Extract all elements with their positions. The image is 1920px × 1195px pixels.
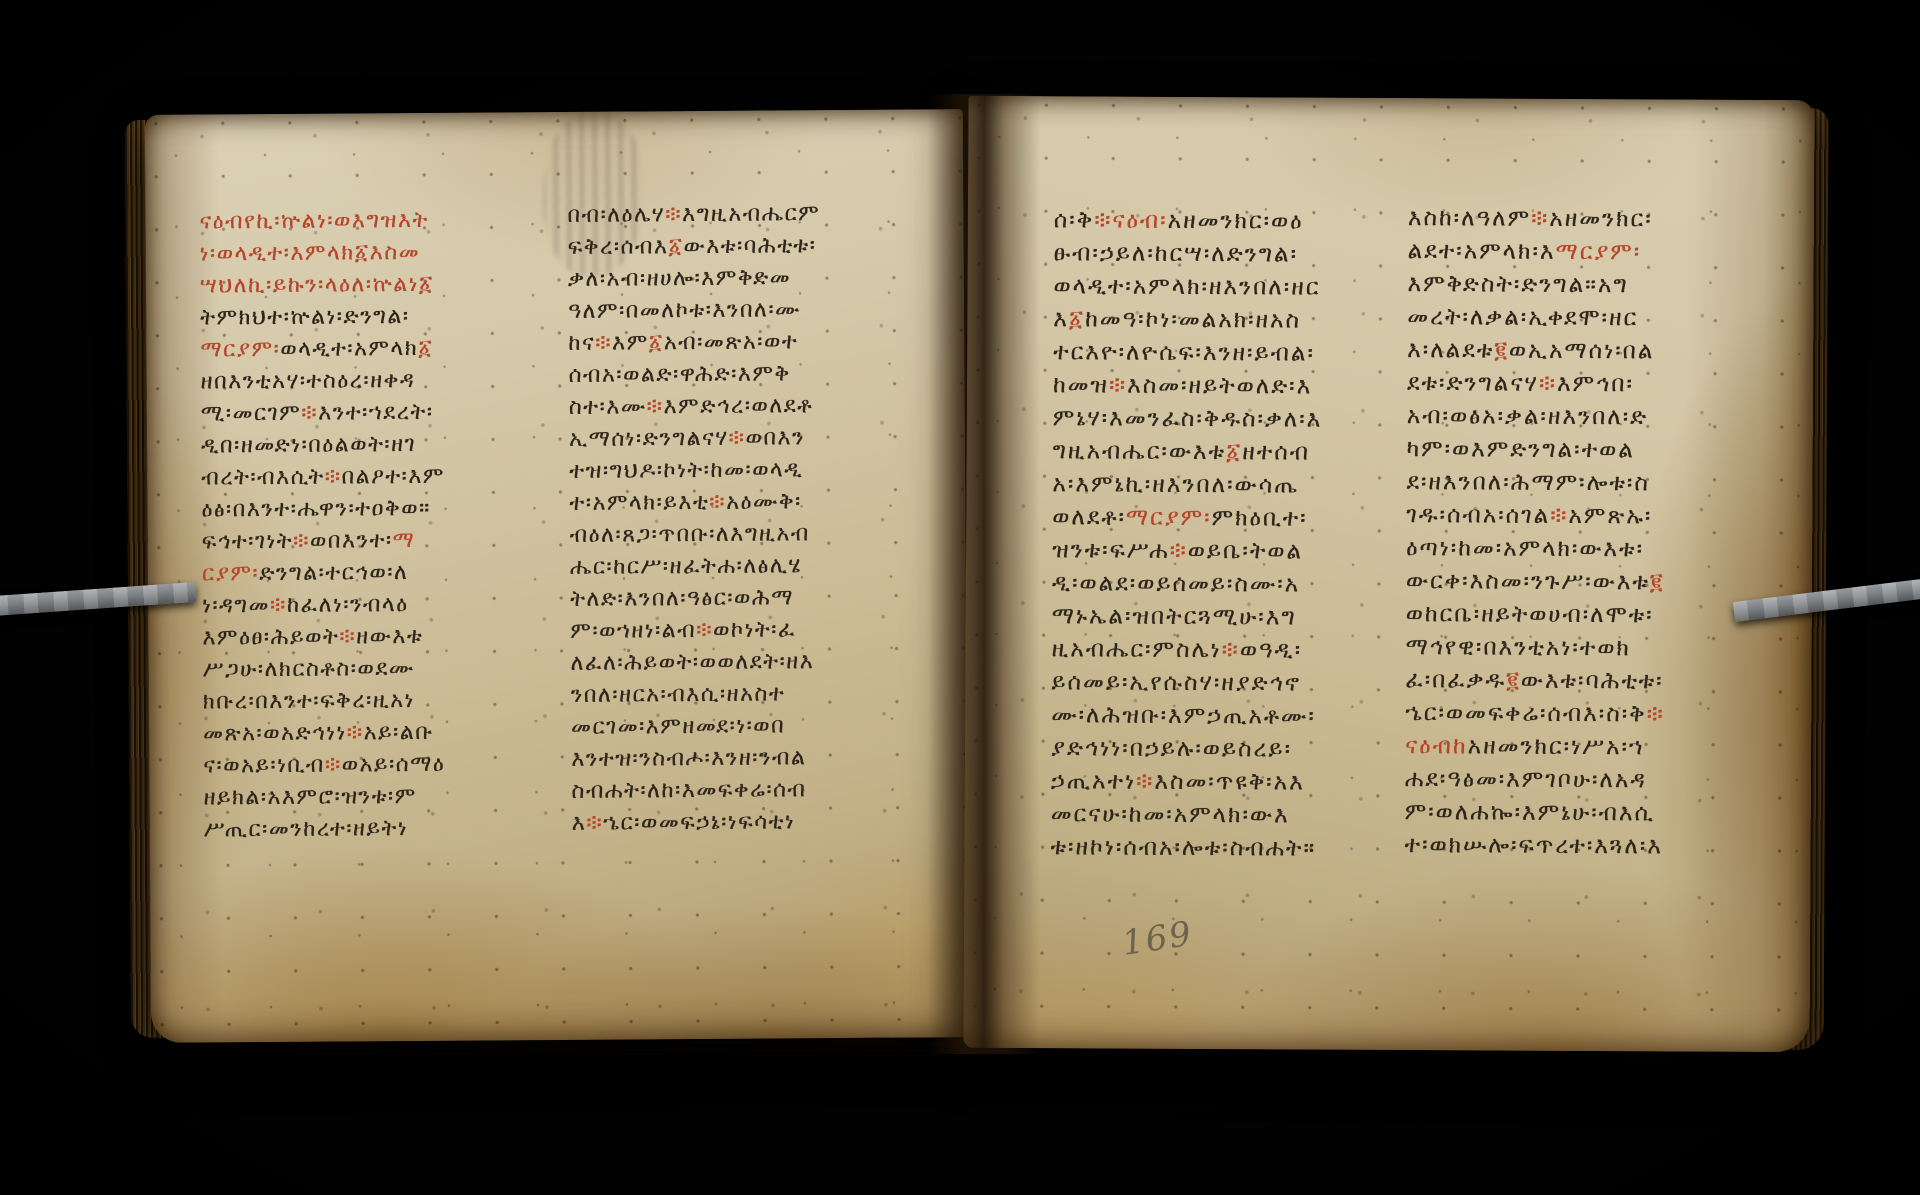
text-line: አ፡እምኔኪ፡ዘእንበለ፡ውሳጤ xyxy=(1052,468,1410,503)
text-line: ስተ፡እሙ፨እምድኅረ፡ወለደቶ xyxy=(569,390,825,424)
black-ink-text: ፍቅረ፡ሰብእ xyxy=(568,234,669,260)
text-line: ብረት፡ብእሲት፨በልዖተ፡እም xyxy=(201,461,469,495)
text-line: ይሰመይ፡ኢየሱስሃ፡ዘያድኅኖ xyxy=(1051,666,1409,701)
black-ink-text: ም፡ወኀዘነ፡ልብ xyxy=(570,618,696,644)
black-ink-text: ወላዲተ፡አምላክ፡ዘእንበለ፡ዘር xyxy=(1053,273,1320,300)
black-ink-text: እምዕፀ፡ሕይወት xyxy=(202,625,339,651)
black-ink-text: ወይቤ፡ትወል xyxy=(1188,538,1303,565)
rubric-red-text: ፨ xyxy=(728,426,745,451)
black-ink-text: መጽአ፡ወአድኅነነ xyxy=(203,720,347,746)
text-line: ማኑኤል፡ዝበትርጓሚሁ፡እግ xyxy=(1052,600,1410,635)
rubric-red-text: ፨ xyxy=(1136,769,1154,795)
black-ink-text: አዕሙቅ፡ xyxy=(726,489,802,515)
black-ink-text: ኃጢአተነ xyxy=(1051,768,1136,794)
black-ink-text: ሰ፡ቅ xyxy=(1054,207,1095,233)
rubric-red-text: ፨ xyxy=(270,593,287,618)
black-ink-text: ከመዓ፡ኮነ፡መልአክ፡ዘአስ xyxy=(1085,306,1301,333)
black-ink-text: በብ፡ለዕሌሃ xyxy=(567,202,665,228)
black-ink-text: እንተዝ፡ንስብሖ፡እንዘ፡ንብል xyxy=(571,745,806,772)
text-line: ግዚአብሔር፡ውእቱ፩ዘተሰብ xyxy=(1053,435,1411,470)
black-ink-text: ወኮነት፡ፈ xyxy=(713,617,796,643)
black-ink-text: ሚ፡መርገም xyxy=(201,401,302,427)
black-ink-text: ሐደ፡ዓፅመ፡እምገቦሁ፡ለአዳ xyxy=(1405,766,1647,793)
text-line: ካም፡ወእምድንግል፡ተወል xyxy=(1407,433,1715,468)
black-ink-text: ገዱ፡ሰብአ፡ሰገል xyxy=(1406,502,1550,529)
black-ink-text: እ xyxy=(1053,306,1069,332)
text-line: እምዕፀ፡ሕይወት፨ዘውእቱ xyxy=(202,621,470,655)
left-page-column-2: በብ፡ለዕሌሃ፨እግዚአብሔርምፍቅረ፡ሰብእ፩ውእቱ፡ባሕቲቱ፡ቃለ፡አብ፡ዘ… xyxy=(567,198,827,840)
text-line: ኄር፡ወመፍቀሬ፡ሰብእ፡ስ፡ቅ፨ xyxy=(1405,697,1713,732)
right-page-column-2: እስከ፡ለዓለም፨አዘመንክር፡ልደተ፡አምላክ፡እማርያም፡እምቅድስት፡ድን… xyxy=(1404,202,1715,864)
black-ink-text: ክቡረ፡በእንተ፡ፍቅረ፡ዚአነ xyxy=(203,688,415,714)
rubric-red-text: ፨ xyxy=(1222,637,1240,663)
text-line: ፍኅተ፡ገነት፨ወበእንተ፡ማ xyxy=(202,525,470,559)
rubric-red-text: ፨ xyxy=(665,202,682,227)
black-ink-text: ድንግል፡ተርኅወ፡ለ xyxy=(259,560,408,586)
black-ink-text: ስብሐት፡ለከ፡እመፍቀሬ፡ሰብ xyxy=(571,777,806,804)
black-ink-text: ስተ፡እሙ xyxy=(569,394,647,420)
text-line: እ፩ከመዓ፡ኮነ፡መልአክ፡ዘአስ xyxy=(1053,303,1411,338)
black-ink-text: ሥጋሁ፡ለክርስቶስ፡ወደሙ xyxy=(203,656,415,682)
black-ink-text: ወአይ፡ሰማዕ xyxy=(342,752,446,778)
pencil-folio-number: 169 xyxy=(1119,914,1195,964)
text-line: ሥጢር፡መንከረተ፡ዘይትነ xyxy=(204,813,472,847)
rubric-red-text: ፨ xyxy=(339,624,356,649)
text-line: ሰ፡ቅ፨ናዕብ፡አዘመንክር፡ወዕ xyxy=(1054,204,1412,239)
text-line: ሰብአ፡ወልድ፡ዋሕድ፡እምቅ xyxy=(568,358,824,392)
black-ink-text: ፁብ፡ኃይለ፡ከርሣ፡ለድንግል፡ xyxy=(1054,240,1299,267)
text-line: ሚ፡መርገም፨እንተ፡ኀደረት፡ xyxy=(201,397,469,431)
text-line: በብ፡ለዕሌሃ፨እግዚአብሔርም xyxy=(567,198,823,232)
rubric-red-text: ፩ xyxy=(649,330,664,355)
black-ink-text: ወከርቤ፡ዘይትወሀብ፡ለሞቱ፡ xyxy=(1406,601,1654,628)
rubric-red-text: ፨ xyxy=(1109,373,1127,399)
black-ink-text: ከፈለነ፡ንብላዕ xyxy=(287,592,409,618)
black-ink-text: ወላዲተ፡አምላክ xyxy=(280,336,418,362)
black-ink-text: ደቱ፡ድንግልናሃ xyxy=(1407,370,1539,397)
rubric-red-text: ፪ xyxy=(1506,668,1521,694)
text-line: መርናሁ፡ከመ፡አምላክ፡ውእ xyxy=(1051,798,1409,833)
rubric-red-text: ነ፡ወላዲተ፡እምላክ፩እስመ xyxy=(200,240,421,267)
black-ink-text: ወበእን xyxy=(745,425,805,450)
black-ink-text: ሰብአ፡ወልድ፡ዋሕድ፡እምቅ xyxy=(569,361,791,388)
text-line: ኢማሰነ፡ድንግልናሃ፨ወበእን xyxy=(569,422,825,456)
rubric-red-text: ፩ xyxy=(418,336,433,361)
black-ink-text: ዚአብሔር፡ምስሌነ xyxy=(1052,636,1222,663)
rubric-red-text: ፨ xyxy=(325,465,342,490)
black-ink-text: ወኢአማሰነ፡በል xyxy=(1509,338,1655,365)
text-line: ዘይክል፡አእምሮ፡ዝንቱ፡ም xyxy=(203,781,471,815)
black-ink-text: መርገመ፡እምዘመደ፡ነ፡ወበ xyxy=(571,713,785,739)
text-line: አብ፡ወፅአ፡ቃል፡ዘእንበለ፡ድ xyxy=(1407,400,1715,435)
rubric-red-text: ፨ xyxy=(1647,701,1665,727)
black-ink-text: ትለድ፡እንበለ፡ዓፅር፡ወሕማ xyxy=(570,585,794,612)
text-line: ማርያም፡ወላዲተ፡አምላክ፩ xyxy=(200,333,468,367)
rubric-red-text: ፨ xyxy=(1531,206,1549,232)
black-ink-text: ተዝ፡ግህዶ፡ኮነት፡ከመ፡ወላዲ xyxy=(569,457,803,484)
text-line: ም፡ወኀዘነ፡ልብ፨ወኮነት፡ፈ xyxy=(570,614,826,648)
text-line: ሣህለኪ፡ይኩን፡ላዕለ፡ኵልነ፩ xyxy=(200,269,468,303)
rubric-red-text: ፩ xyxy=(668,234,683,259)
black-ink-text: ማኑኤል፡ዝበትርጓሚሁ፡እግ xyxy=(1052,603,1297,630)
text-line: ም፡ወለሐኰ፡እምኔሁ፡ብእሲ xyxy=(1405,796,1713,831)
black-ink-text: ማኅየዊ፡በእንቲአነ፡ተወክ xyxy=(1406,634,1631,661)
black-ink-text: ዓለም፡በመለኮቱ፡እንበለ፡ሙ xyxy=(568,297,801,324)
black-ink-text: ኢማሰነ፡ድንግልናሃ xyxy=(569,426,729,452)
black-ink-text: እግዚአብሔርም xyxy=(682,201,820,227)
black-ink-text: እ፡ለልደቱ xyxy=(1407,337,1494,363)
rubric-red-text: ናዕብየኪ፡ኵልነ፡ወእግዝእት xyxy=(199,208,428,235)
black-ink-text: በልዖተ፡እም xyxy=(342,464,445,490)
black-ink-text: አብ፡ወፅአ፡ቃል፡ዘእንበለ፡ድ xyxy=(1407,403,1648,430)
text-line: ተ፡ወክሡሎ፡ፍጥረተ፡እጓለ፡እ xyxy=(1404,829,1712,864)
rubric-red-text: ፨ xyxy=(347,720,364,745)
black-ink-text: ምኔሃ፡እመንፈስ፡ቅዱስ፡ቃለ፡እ xyxy=(1053,405,1323,432)
black-ink-text: ፈ፡በፈቃዱ xyxy=(1405,667,1506,694)
rubric-red-text: ፪ xyxy=(1650,569,1665,595)
text-line: ቱ፡ዘኮነ፡ሰብአ፡ሎቱ፡ስብሐት። xyxy=(1050,831,1408,866)
text-line: ትምክህተ፡ኵልነ፡ድንግል፡ xyxy=(200,301,468,335)
text-line: እምቅድስት፡ድንግል።አግ xyxy=(1407,268,1715,303)
rubric-red-text: ፨ xyxy=(301,401,318,426)
black-ink-text: ዕፅ፡በእንተ፡ሔዋን፡ተዐቅወ። xyxy=(201,496,431,523)
rubric-red-text: ፨ xyxy=(1550,503,1568,529)
black-ink-text: ዲበ፡ዘመድነ፡በዕልወት፡ዘገ xyxy=(201,432,416,459)
text-line: ምኔሃ፡እመንፈስ፡ቅዱስ፡ቃለ፡እ xyxy=(1053,402,1411,437)
black-ink-text: አብ፡መጽአ፡ወተ xyxy=(664,329,799,355)
text-line: ፈ፡በፈቃዱ፪ውእቱ፡ባሕቲቱ፡ xyxy=(1405,664,1713,699)
black-ink-text: ምክዕቢተ፡ xyxy=(1212,505,1308,532)
black-ink-text: እስመ፡ዘይትወለድ፡እ xyxy=(1127,373,1312,400)
text-line: እስከ፡ለዓለም፨አዘመንክር፡ xyxy=(1408,202,1716,237)
black-ink-text: ዘውእቱ xyxy=(356,624,423,649)
black-ink-text: ቃለ፡አብ፡ዘሀሎ፡እምቅድመ xyxy=(568,265,791,292)
black-ink-text: ሔር፡ከርሥ፡ዘፈትሐ፡ለፅሊሄ xyxy=(570,553,802,580)
text-line: ደቱ፡ድንግልናሃ፨እምኅበ፡ xyxy=(1407,367,1715,402)
rubric-red-text: ማርያም፡ xyxy=(1556,239,1642,265)
text-line: ና፡ወአይ፡ነቢብ፨ወአይ፡ሰማዕ xyxy=(203,749,471,783)
black-ink-text: ፍኅተ፡ገነት xyxy=(202,529,293,555)
black-ink-text: ብረት፡ብእሲት xyxy=(201,465,325,491)
text-line: ፁብ፡ኃይለ፡ከርሣ፡ለድንግል፡ xyxy=(1054,237,1412,272)
rubric-red-text: ፪ xyxy=(1494,338,1509,364)
black-ink-text: ከና xyxy=(568,331,595,356)
black-ink-text: አምጽኡ፡ xyxy=(1568,503,1652,529)
rubric-red-text: ፨ xyxy=(647,394,664,419)
text-line: ዕፅ፡በእንተ፡ሔዋን፡ተዐቅወ። xyxy=(201,493,469,527)
black-ink-text: ደ፡ዘእንበለ፡ሕማም፡ሎቱ፡ስ xyxy=(1406,469,1650,496)
black-ink-text: ለፈለ፡ሕይወት፡ወወለደት፡ዘእ xyxy=(571,649,815,676)
text-line: ተ፡አምላክ፡ይእቲ፨አዕሙቅ፡ xyxy=(569,486,825,520)
text-line: ልደተ፡አምላክ፡እማርያም፡ xyxy=(1408,235,1716,270)
text-line: ነ፡ዳግመ፨ከፈለነ፡ንብላዕ xyxy=(202,589,470,623)
left-page: ናዕብየኪ፡ኵልነ፡ወእግዝእትነ፡ወላዲተ፡እምላክ፩እስመሣህለኪ፡ይኩን፡… xyxy=(145,109,969,1043)
black-ink-text: ወዓዲ፡ xyxy=(1240,637,1302,663)
black-ink-text: ኄር፡ወመፍኃኔ፡ነፍሳቲነ xyxy=(603,809,795,835)
text-line: ስብሐት፡ለከ፡እመፍቀሬ፡ሰብ xyxy=(571,774,827,808)
rubric-red-text: ፨ xyxy=(595,331,612,356)
text-line: ንበለ፡ዘርአ፡ብእሲ፡ዘአስተ xyxy=(571,678,827,712)
black-ink-text: ካም፡ወእምድንግል፡ተወል xyxy=(1407,436,1635,463)
text-line: ናዕብየኪ፡ኵልነ፡ወእግዝእት xyxy=(199,205,467,239)
text-line: እ፨ኄር፡ወመፍኃኔ፡ነፍሳቲነ xyxy=(572,806,828,840)
black-ink-text: ኄር፡ወመፍቀሬ፡ሰብእ፡ስ፡ቅ xyxy=(1405,700,1647,727)
text-line: እ፡ለልደቱ፪ወኢአማሰነ፡በል xyxy=(1407,334,1715,369)
black-ink-text: ውርቀ፡እስመ፡ንጉሥ፡ውእቱ xyxy=(1406,568,1650,595)
rubric-red-text: ማ xyxy=(393,528,416,553)
text-line: መጽአ፡ወአድኅነነ፨አይ፡ልቡ xyxy=(203,717,471,751)
text-line: መርገመ፡እምዘመደ፡ነ፡ወበ xyxy=(571,710,827,744)
text-line: ነ፡ወላዲተ፡እምላክ፩እስመ xyxy=(200,237,468,271)
text-line: ሙ፡ለሕዝቡ፡እምኃጢአቶሙ፡ xyxy=(1051,699,1409,734)
black-ink-text: ዝንቱ፡ፍሥሐ xyxy=(1052,537,1170,564)
rubric-red-text: ፨ xyxy=(1170,538,1188,564)
text-line: ሐደ፡ዓፅመ፡እምገቦሁ፡ለአዳ xyxy=(1405,763,1713,798)
black-ink-text: ቱ፡ዘኮነ፡ሰብአ፡ሎቱ፡ስብሐት። xyxy=(1050,834,1316,861)
text-line: ማኅየዊ፡በእንቲአነ፡ተወክ xyxy=(1406,631,1714,666)
text-line: ብዕለ፡ጸጋ፡ጥበቡ፡ለእግዚአብ xyxy=(570,518,826,552)
text-line: ሔር፡ከርሥ፡ዘፈትሐ፡ለፅሊሄ xyxy=(570,550,826,584)
black-ink-text: አዘመንክር፡ወዕ xyxy=(1168,208,1304,235)
black-ink-text: ዘበእንቲአሃ፡ተስዕረ፡ዘቀዳ xyxy=(201,368,416,394)
text-line: ዓለም፡በመለኮቱ፡እንበለ፡ሙ xyxy=(568,294,824,328)
text-line: ተዝ፡ግህዶ፡ኮነት፡ከመ፡ወላዲ xyxy=(569,454,825,488)
text-line: ክቡረ፡በእንተ፡ፍቅረ፡ዚአነ xyxy=(203,685,471,719)
black-ink-text: እ xyxy=(572,811,587,836)
black-ink-text: አይ፡ልቡ xyxy=(364,720,434,745)
text-line: ዲ፡ወልደ፡ወይሰመይ፡ስሙ፡አ xyxy=(1052,567,1410,602)
black-ink-text: ነ፡ዳግመ xyxy=(202,593,270,618)
text-line: ሥጋሁ፡ለክርስቶስ፡ወደሙ xyxy=(203,653,471,687)
right-page: ሰ፡ቅ፨ናዕብ፡አዘመንክር፡ወዕፁብ፡ኃይለ፡ከርሣ፡ለድንግል፡ወላዲተ፡አ… xyxy=(964,96,1815,1052)
text-line: ዲበ፡ዘመድነ፡በዕልወት፡ዘገ xyxy=(201,429,469,463)
black-ink-text: ውእቱ፡ባሕቲቱ፡ xyxy=(1521,668,1664,695)
black-ink-text: መርናሁ፡ከመ፡አምላክ፡ውእ xyxy=(1051,801,1290,828)
black-ink-text: ም፡ወለሐኰ፡እምኔሁ፡ብእሲ xyxy=(1405,799,1655,826)
text-line: ከመዝ፨እስመ፡ዘይትወለድ፡እ xyxy=(1053,369,1411,404)
black-ink-text: ልደተ፡አምላክ፡እ xyxy=(1408,238,1556,265)
right-page-column-1: ሰ፡ቅ፨ናዕብ፡አዘመንክር፡ወዕፁብ፡ኃይለ፡ከርሣ፡ለድንግል፡ወላዲተ፡አ… xyxy=(1050,204,1411,866)
black-ink-text: ሙ፡ለሕዝቡ፡እምኃጢአቶሙ፡ xyxy=(1051,702,1316,729)
black-ink-text: እምቅድስት፡ድንግል።አግ xyxy=(1407,271,1628,298)
black-ink-text: እንተ፡ኀደረት፡ xyxy=(318,400,434,426)
black-ink-text: አዘመንክር፡ xyxy=(1549,206,1653,233)
text-line: ወለደቶ፡ማርያም፡ምክዕቢተ፡ xyxy=(1052,501,1410,536)
rubric-red-text: ፨ xyxy=(709,490,726,515)
black-ink-text: እም xyxy=(612,330,649,355)
black-ink-text: ከመዝ xyxy=(1053,372,1109,398)
text-line: ናዕብከአዘመንክር፡ነሥአ፡ኀ xyxy=(1405,730,1713,765)
black-ink-text: ንበለ፡ዘርአ፡ብእሲ፡ዘአስተ xyxy=(571,681,786,707)
text-line: ዚአብሔር፡ምስሌነ፨ወዓዲ፡ xyxy=(1052,633,1410,668)
black-ink-text: ተ፡ወክሡሎ፡ፍጥረተ፡እጓለ፡እ xyxy=(1405,832,1663,859)
rubric-red-text: ፩ xyxy=(1226,439,1242,465)
black-ink-text: ግዚአብሔር፡ውእቱ xyxy=(1053,438,1227,465)
text-line: ያድኅነነ፡በኃይሉ፡ወይስረይ፡ xyxy=(1051,732,1409,767)
open-codex: ናዕብየኪ፡ኵልነ፡ወእግዝእትነ፡ወላዲተ፡እምላክ፩እስመሣህለኪ፡ይኩን፡… xyxy=(0,0,1920,1195)
black-ink-text: ተ፡አምላክ፡ይእቲ xyxy=(569,490,709,516)
rubric-red-text: ፨ xyxy=(293,529,310,554)
black-ink-text: ዘይክል፡አእምሮ፡ዝንቱ፡ም xyxy=(203,784,416,810)
black-ink-text: ወለደቶ፡ xyxy=(1052,504,1126,530)
rubric-red-text: ርያም፡ xyxy=(202,561,259,586)
black-ink-text: ወበእንተ፡ xyxy=(310,528,393,554)
black-ink-text: ዘተሰብ xyxy=(1242,439,1310,465)
text-line: ትለድ፡እንበለ፡ዓፅር፡ወሕማ xyxy=(570,582,826,616)
black-ink-text: ዕጣነ፡ከመ፡አምላክ፡ውእቱ፡ xyxy=(1406,535,1644,562)
text-line: ደ፡ዘእንበለ፡ሕማም፡ሎቱ፡ስ xyxy=(1406,466,1714,501)
text-line: ወላዲተ፡አምላክ፡ዘእንበለ፡ዘር xyxy=(1053,270,1411,305)
black-ink-text: ውእቱ፡ባሕቲቱ፡ xyxy=(683,233,816,259)
black-ink-text: ዲ፡ወልደ፡ወይሰመይ፡ስሙ፡አ xyxy=(1052,570,1300,597)
text-line: ገዱ፡ሰብአ፡ሰገል፨አምጽኡ፡ xyxy=(1406,499,1714,534)
black-ink-text: እስመ፡ጥዩቅ፡አእ xyxy=(1154,769,1305,796)
left-page-column-1: ናዕብየኪ፡ኵልነ፡ወእግዝእትነ፡ወላዲተ፡እምላክ፩እስመሣህለኪ፡ይኩን፡… xyxy=(199,205,471,847)
black-ink-text: እምኅበ፡ xyxy=(1557,371,1634,397)
rubric-red-text: ናዕብከ xyxy=(1405,733,1468,759)
text-line: ዝንቱ፡ፍሥሐ፨ወይቤ፡ትወል xyxy=(1052,534,1410,569)
rubric-red-text: ፩ xyxy=(1069,306,1085,332)
black-ink-text: አ፡እምኔኪ፡ዘእንበለ፡ውሳጤ xyxy=(1052,471,1299,498)
rubric-red-text: ማርያም፡ xyxy=(1126,505,1212,531)
text-line: ውርቀ፡እስመ፡ንጉሥ፡ውእቱ፪ xyxy=(1406,565,1714,600)
rubric-red-text: ፨ xyxy=(325,753,342,778)
black-ink-text: እስከ፡ለዓለም xyxy=(1408,205,1531,232)
black-ink-text: ትምክህተ፡ኵልነ፡ድንግል፡ xyxy=(200,304,410,330)
rubric-red-text: ፨ናዕብ፡ xyxy=(1094,207,1168,233)
black-ink-text: ይሰመይ፡ኢየሱስሃ፡ዘያድኅኖ xyxy=(1051,669,1301,696)
text-line: ዕጣነ፡ከመ፡አምላክ፡ውእቱ፡ xyxy=(1406,532,1714,567)
black-ink-text: ሥጢር፡መንከረተ፡ዘይትነ xyxy=(204,816,408,842)
black-ink-text: እምድኅረ፡ወለደቶ xyxy=(663,393,813,419)
rubric-red-text: ፨ xyxy=(1539,371,1557,397)
text-line: ፍቅረ፡ሰብእ፩ውእቱ፡ባሕቲቱ፡ xyxy=(568,230,824,264)
text-line: ለፈለ፡ሕይወት፡ወወለደት፡ዘእ xyxy=(571,646,827,680)
text-line: መረት፡ለቃል፡ኢቀደሞ፡ዘር xyxy=(1407,301,1715,336)
black-ink-text: መረት፡ለቃል፡ኢቀደሞ፡ዘር xyxy=(1407,304,1638,331)
black-ink-text: ያድኅነነ፡በኃይሉ፡ወይስረይ፡ xyxy=(1051,735,1292,762)
text-line: እንተዝ፡ንስብሖ፡እንዘ፡ንብል xyxy=(571,742,827,776)
black-ink-text: ተርእዮ፡ለዮሴፍ፡እንዘ፡ይብል፡ xyxy=(1053,339,1315,366)
text-line: ቃለ፡አብ፡ዘሀሎ፡እምቅድመ xyxy=(568,262,824,296)
text-line: ኃጢአተነ፨እስመ፡ጥዩቅ፡አእ xyxy=(1051,765,1409,800)
manuscript-photo: ናዕብየኪ፡ኵልነ፡ወእግዝእትነ፡ወላዲተ፡እምላክ፩እስመሣህለኪ፡ይኩን፡… xyxy=(0,0,1920,1195)
black-ink-text: አዘመንክር፡ነሥአ፡ኀ xyxy=(1468,733,1645,760)
rubric-red-text: ሣህለኪ፡ይኩን፡ላዕለ፡ኵልነ፩ xyxy=(200,272,434,299)
text-line: ከና፨እም፩አብ፡መጽአ፡ወተ xyxy=(568,326,824,360)
text-line: ወከርቤ፡ዘይትወሀብ፡ለሞቱ፡ xyxy=(1406,598,1714,633)
rubric-red-text: ማርያም፡ xyxy=(200,337,280,363)
black-ink-text: ብዕለ፡ጸጋ፡ጥበቡ፡ለእግዚአብ xyxy=(570,521,810,548)
rubric-red-text: ፨ xyxy=(696,618,713,643)
text-line: ርያም፡ድንግል፡ተርኅወ፡ለ xyxy=(202,557,470,591)
black-ink-text: ና፡ወአይ፡ነቢብ xyxy=(203,753,325,779)
text-line: ተርእዮ፡ለዮሴፍ፡እንዘ፡ይብል፡ xyxy=(1053,336,1411,371)
text-line: ዘበእንቲአሃ፡ተስዕረ፡ዘቀዳ xyxy=(201,365,469,399)
rubric-red-text: ፨ xyxy=(586,811,603,836)
